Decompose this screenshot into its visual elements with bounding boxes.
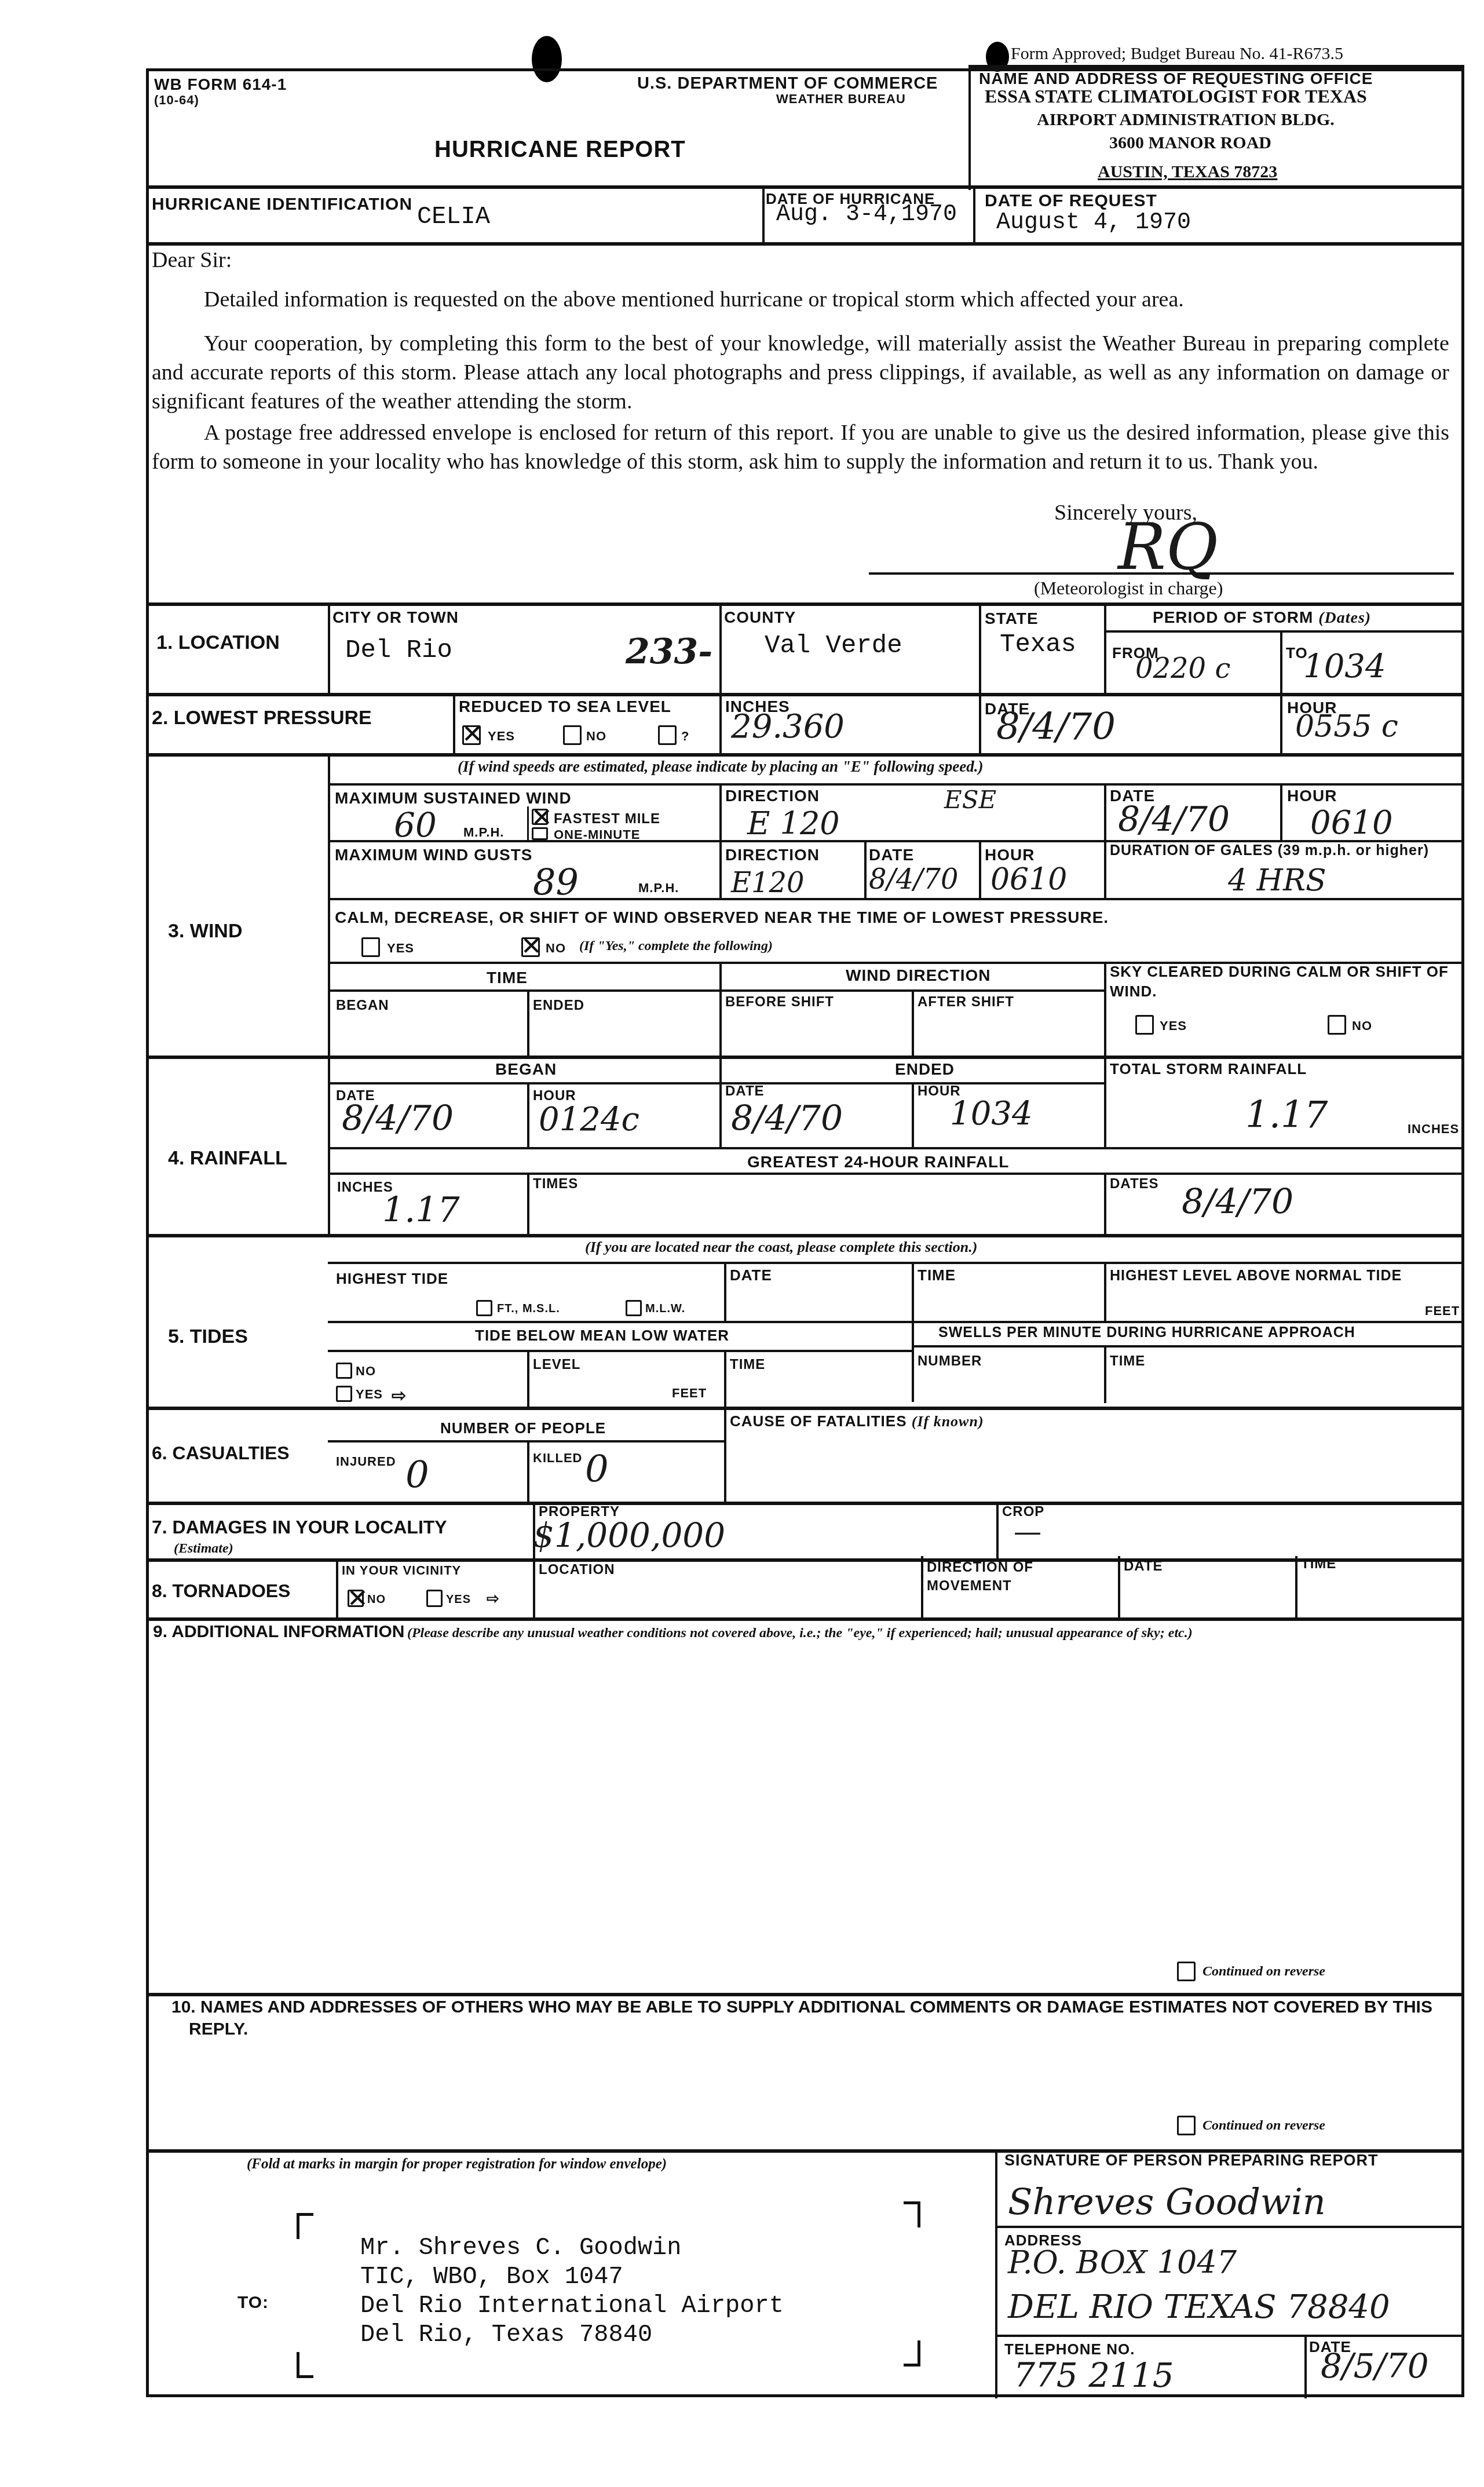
before-shift-input[interactable] xyxy=(722,1017,911,1051)
vicinity-label: IN YOUR VICINITY xyxy=(342,1563,461,1578)
state-label: STATE xyxy=(985,609,1039,628)
pressure-yes-label: YES xyxy=(488,729,515,744)
injured-value[interactable]: 0 xyxy=(405,1454,429,1497)
address-line-1[interactable]: P.O. BOX 1047 xyxy=(1008,2244,1237,2281)
form-border xyxy=(146,68,1464,2397)
pressure-inches-value[interactable]: 29.360 xyxy=(731,708,845,746)
below-yes-checkbox[interactable] xyxy=(336,1386,352,1402)
letter-paragraph-2: Your cooperation, by completing this for… xyxy=(152,329,1449,416)
below-feet-label: FEET xyxy=(672,1386,707,1401)
swells-number-label: NUMBER xyxy=(918,1353,982,1370)
killed-value[interactable]: 0 xyxy=(585,1448,609,1491)
city-label: CITY OR TOWN xyxy=(332,608,459,627)
rain-began-hour-value[interactable]: 0124c xyxy=(539,1101,639,1138)
sky-no-checkbox[interactable] xyxy=(1328,1015,1346,1035)
section-lowest-pressure: 2. LOWEST PRESSURE xyxy=(152,707,372,729)
to-label: TO: xyxy=(237,2293,269,2313)
tornado-time-label: TIME xyxy=(1301,1556,1336,1572)
requesting-office-line4: AUSTIN, TEXAS 78723 xyxy=(1098,162,1277,182)
mailing-line-4: Del Rio, Texas 78840 xyxy=(360,2321,652,2349)
fold-note: (Fold at marks in margin for proper regi… xyxy=(247,2156,667,2172)
tornado-date-label: DATE xyxy=(1124,1558,1163,1575)
mailing-line-3: Del Rio International Airport xyxy=(360,2292,784,2320)
fastest-mile-checkbox[interactable] xyxy=(532,809,548,825)
requesting-office-line3: 3600 MANOR ROAD xyxy=(1109,133,1271,153)
highest-tide-date-label: DATE xyxy=(730,1266,772,1284)
rain-ended-date-label: DATE xyxy=(725,1083,765,1100)
gales-value[interactable]: 4 HRS xyxy=(1228,863,1326,898)
below-level-label: LEVEL xyxy=(533,1357,580,1373)
additional-continued-label: Continued on reverse xyxy=(1202,1964,1325,1980)
page-title: HURRICANE REPORT xyxy=(434,137,686,163)
sustained-direction-label: DIRECTION xyxy=(725,787,820,805)
tides-coast-note: (If you are located near the coast, plea… xyxy=(585,1239,977,1256)
gales-label: DURATION OF GALES (39 m.p.h. or higher) xyxy=(1110,841,1457,860)
window-corner-tr xyxy=(904,2201,920,2227)
killed-label: KILLED xyxy=(533,1451,582,1466)
calm-time-label: TIME xyxy=(487,969,528,987)
ft-msl-checkbox[interactable] xyxy=(476,1300,492,1316)
gust-direction-label: DIRECTION xyxy=(725,846,820,864)
pressure-yes-checkbox[interactable] xyxy=(462,725,481,745)
section-tornadoes: 8. TORNADOES xyxy=(152,1580,290,1602)
highest-tide-time-label: TIME xyxy=(918,1266,956,1284)
greatest-times-label: TIMES xyxy=(533,1176,578,1192)
injured-label: INJURED xyxy=(336,1454,396,1469)
calm-ended-label: ENDED xyxy=(533,998,584,1014)
calm-ended-input[interactable] xyxy=(529,1017,718,1051)
hurricane-id-label: HURRICANE IDENTIFICATION xyxy=(152,195,412,214)
additional-info-heading: 9. ADDITIONAL INFORMATION (Please descri… xyxy=(153,1622,1456,1645)
one-minute-label: ONE-MINUTE xyxy=(554,827,640,842)
rain-ended-hour-value[interactable]: 1034 xyxy=(950,1095,1033,1133)
date-of-request-value[interactable]: August 4, 1970 xyxy=(996,210,1191,236)
greatest-dates-label: DATES xyxy=(1110,1176,1159,1192)
below-yes-label: YES xyxy=(356,1387,383,1402)
above-normal-label: HIGHEST LEVEL ABOVE NORMAL TIDE xyxy=(1110,1266,1457,1285)
approval-note: Form Approved; Budget Bureau No. 41-R673… xyxy=(1011,44,1343,64)
sustained-hour-label: HOUR xyxy=(1287,787,1337,805)
date-of-hurricane-value[interactable]: Aug. 3-4,1970 xyxy=(776,202,957,228)
after-shift-input[interactable] xyxy=(914,1017,1103,1051)
section-damages: 7. DAMAGES IN YOUR LOCALITY xyxy=(152,1517,447,1538)
department-name: U.S. DEPARTMENT OF COMMERCE xyxy=(637,74,938,93)
calm-yes-checkbox[interactable] xyxy=(361,937,380,957)
city-value[interactable]: Del Rio xyxy=(345,636,452,665)
gust-date-label: DATE xyxy=(869,846,914,864)
tornado-yes-checkbox[interactable] xyxy=(426,1590,443,1607)
additional-info-input[interactable] xyxy=(152,1668,1461,1958)
others-continued-checkbox[interactable] xyxy=(1177,2116,1196,2135)
before-shift-label: BEFORE SHIFT xyxy=(725,994,834,1010)
property-value[interactable]: $1,000,000 xyxy=(533,1515,725,1555)
preparer-signature[interactable]: Shreves Goodwin xyxy=(1008,2181,1326,2223)
mailing-line-1: Mr. Shreves C. Goodwin xyxy=(360,2234,682,2262)
letter-paragraph-1: Detailed information is requested on the… xyxy=(152,285,1449,314)
rain-began-date-value[interactable]: 8/4/70 xyxy=(342,1098,454,1139)
pressure-unknown-label: ? xyxy=(681,729,689,744)
wind-direction-label: WIND DIRECTION xyxy=(846,966,990,985)
calm-began-input[interactable] xyxy=(330,1017,525,1051)
sky-yes-checkbox[interactable] xyxy=(1135,1015,1154,1035)
signer-title: (Meteorologist in charge) xyxy=(1034,574,1223,602)
total-rainfall-value[interactable]: 1.17 xyxy=(1245,1094,1328,1137)
calm-question: CALM, DECREASE, OR SHIFT OF WIND OBSERVE… xyxy=(335,908,1109,927)
period-label: PERIOD OF STORM (Dates) xyxy=(1153,608,1371,627)
window-corner-tl xyxy=(297,2213,313,2239)
hurricane-id-value[interactable]: CELIA xyxy=(417,203,490,231)
gusts-mph-label: M.P.H. xyxy=(638,881,679,896)
bureau-name: WEATHER BUREAU xyxy=(776,92,906,107)
below-no-label: NO xyxy=(356,1364,376,1379)
pressure-unknown-checkbox[interactable] xyxy=(658,725,677,745)
section-tides: 5. TIDES xyxy=(168,1325,248,1348)
tornado-direction-label: DIRECTION OF MOVEMENT xyxy=(927,1558,1112,1595)
rain-began-label: BEGAN xyxy=(495,1060,557,1079)
section-wind: 3. WIND xyxy=(168,920,242,943)
section-rainfall: 4. RAINFALL xyxy=(168,1147,287,1170)
total-rainfall-unit: INCHES xyxy=(1408,1122,1459,1137)
window-corner-bl xyxy=(297,2352,313,2378)
mailing-line-2: TIC, WBO, Box 1047 xyxy=(360,2263,623,2291)
state-value[interactable]: Texas xyxy=(1000,630,1076,659)
swells-time-label: TIME xyxy=(1110,1353,1145,1370)
max-gusts-label: MAXIMUM WIND GUSTS xyxy=(335,846,533,864)
gust-date-value[interactable]: 8/4/70 xyxy=(869,863,959,896)
sustained-direction-note: ESE xyxy=(944,786,996,814)
greatest-times-input[interactable] xyxy=(529,1193,1103,1230)
calm-no-checkbox[interactable] xyxy=(521,937,540,957)
total-rainfall-label: TOTAL STORM RAINFALL xyxy=(1110,1060,1307,1078)
tornado-location-label: LOCATION xyxy=(539,1562,615,1578)
below-no-checkbox[interactable] xyxy=(336,1363,352,1379)
sustained-hour-value[interactable]: 0610 xyxy=(1310,804,1393,842)
city-note: 233- xyxy=(626,631,712,672)
address-line-2[interactable]: DEL RIO TEXAS 78840 xyxy=(1008,2288,1390,2326)
pressure-date-value[interactable]: 8/4/70 xyxy=(996,706,1116,748)
calm-began-label: BEGAN xyxy=(336,998,389,1014)
greatest-24h-label: GREATEST 24-HOUR RAINFALL xyxy=(747,1153,1009,1171)
below-time-label: TIME xyxy=(730,1357,765,1373)
rain-ended-label: ENDED xyxy=(895,1060,955,1079)
mlw-checkbox[interactable] xyxy=(626,1300,642,1316)
telephone-value[interactable]: 775 2115 xyxy=(1014,2355,1174,2395)
calm-yes-label: YES xyxy=(387,941,414,956)
highest-tide-label: HIGHEST TIDE xyxy=(336,1270,448,1288)
others-input[interactable] xyxy=(152,2051,1461,2109)
letter-paragraph-3: A postage free addressed envelope is enc… xyxy=(152,418,1449,476)
arrow-right-icon: ⇨ xyxy=(392,1386,406,1406)
requesting-office-line2: AIRPORT ADMINISTRATION BLDG. xyxy=(1037,110,1335,130)
sustained-date-value[interactable]: 8/4/70 xyxy=(1118,799,1230,840)
sky-cleared-label: SKY CLEARED DURING CALM OR SHIFT OF WIND… xyxy=(1110,962,1457,1001)
calm-note: (If "Yes," complete the following) xyxy=(579,938,773,954)
county-label: COUNTY xyxy=(724,608,796,627)
ft-msl-label: FT., M.S.L. xyxy=(497,1302,560,1316)
gust-direction-value[interactable]: E120 xyxy=(731,867,805,899)
sustained-mph-label: M.P.H. xyxy=(463,825,504,840)
section-casualties: 6. CASUALTIES xyxy=(152,1442,290,1464)
number-of-people-label: NUMBER OF PEOPLE xyxy=(440,1419,606,1437)
mlw-label: M.L.W. xyxy=(645,1302,685,1316)
tornado-yes-label: YES xyxy=(446,1593,471,1606)
section-location: 1. LOCATION xyxy=(156,631,280,654)
rain-ended-date-value[interactable]: 8/4/70 xyxy=(731,1098,843,1139)
sustained-direction-value[interactable]: E 120 xyxy=(747,805,840,842)
calm-no-label: NO xyxy=(546,941,566,956)
cause-fatalities-label: CAUSE OF FATALITIES (If known) xyxy=(730,1412,984,1430)
pressure-no-label: NO xyxy=(586,729,606,744)
pressure-hour-value[interactable]: 0555 c xyxy=(1295,709,1398,744)
reduced-sea-level-label: REDUCED TO SEA LEVEL xyxy=(459,697,671,716)
from-value[interactable]: 0220 c xyxy=(1135,652,1230,685)
preparer-date-value[interactable]: 8/5/70 xyxy=(1321,2346,1429,2386)
others-continued-label: Continued on reverse xyxy=(1202,2118,1325,2134)
cause-fatalities-input[interactable] xyxy=(728,1434,1461,1499)
greatest-dates-value[interactable]: 8/4/70 xyxy=(1182,1182,1293,1222)
form-revision: (10-64) xyxy=(154,93,199,108)
gust-hour-value[interactable]: 0610 xyxy=(990,862,1067,897)
arrow-right-icon: ⇨ xyxy=(487,1590,499,1608)
pressure-no-checkbox[interactable] xyxy=(563,725,582,745)
date-of-request-label: DATE OF REQUEST xyxy=(985,191,1157,211)
one-minute-checkbox[interactable] xyxy=(532,827,548,840)
wind-estimate-note: (If wind speeds are estimated, please in… xyxy=(458,758,983,776)
salutation: Dear Sir: xyxy=(152,246,232,275)
below-mean-label: TIDE BELOW MEAN LOW WATER xyxy=(475,1327,729,1345)
fastest-mile-label: FASTEST MILE xyxy=(554,811,660,827)
window-corner-br xyxy=(904,2340,920,2367)
sky-no-label: NO xyxy=(1352,1018,1372,1033)
others-heading: 10. NAMES AND ADDRESSES OF OTHERS WHO MA… xyxy=(171,1996,1463,2040)
requesting-office-line1: ESSA STATE CLIMATOLOGIST FOR TEXAS xyxy=(985,86,1367,107)
max-gusts-value[interactable]: 89 xyxy=(533,861,579,903)
after-shift-label: AFTER SHIFT xyxy=(918,994,1014,1010)
greatest-inches-value[interactable]: 1.17 xyxy=(382,1190,460,1230)
crop-value[interactable]: — xyxy=(1014,1515,1041,1548)
additional-continued-checkbox[interactable] xyxy=(1177,1962,1196,1981)
swells-label: SWELLS PER MINUTE DURING HURRICANE APPRO… xyxy=(938,1324,1355,1341)
above-normal-feet-label: FEET xyxy=(1425,1303,1460,1319)
sky-yes-label: YES xyxy=(1160,1018,1187,1033)
form-number: WB FORM 614-1 xyxy=(154,75,287,94)
tornado-no-checkbox[interactable] xyxy=(348,1590,364,1607)
damages-estimate-note: (Estimate) xyxy=(174,1541,233,1557)
county-value[interactable]: Val Verde xyxy=(765,631,902,660)
tornado-no-label: NO xyxy=(367,1593,386,1606)
max-sustained-wind-value[interactable]: 60 xyxy=(394,805,437,845)
to-value[interactable]: 1034 xyxy=(1303,648,1386,685)
signature-label: SIGNATURE OF PERSON PREPARING REPORT xyxy=(1004,2152,1379,2170)
